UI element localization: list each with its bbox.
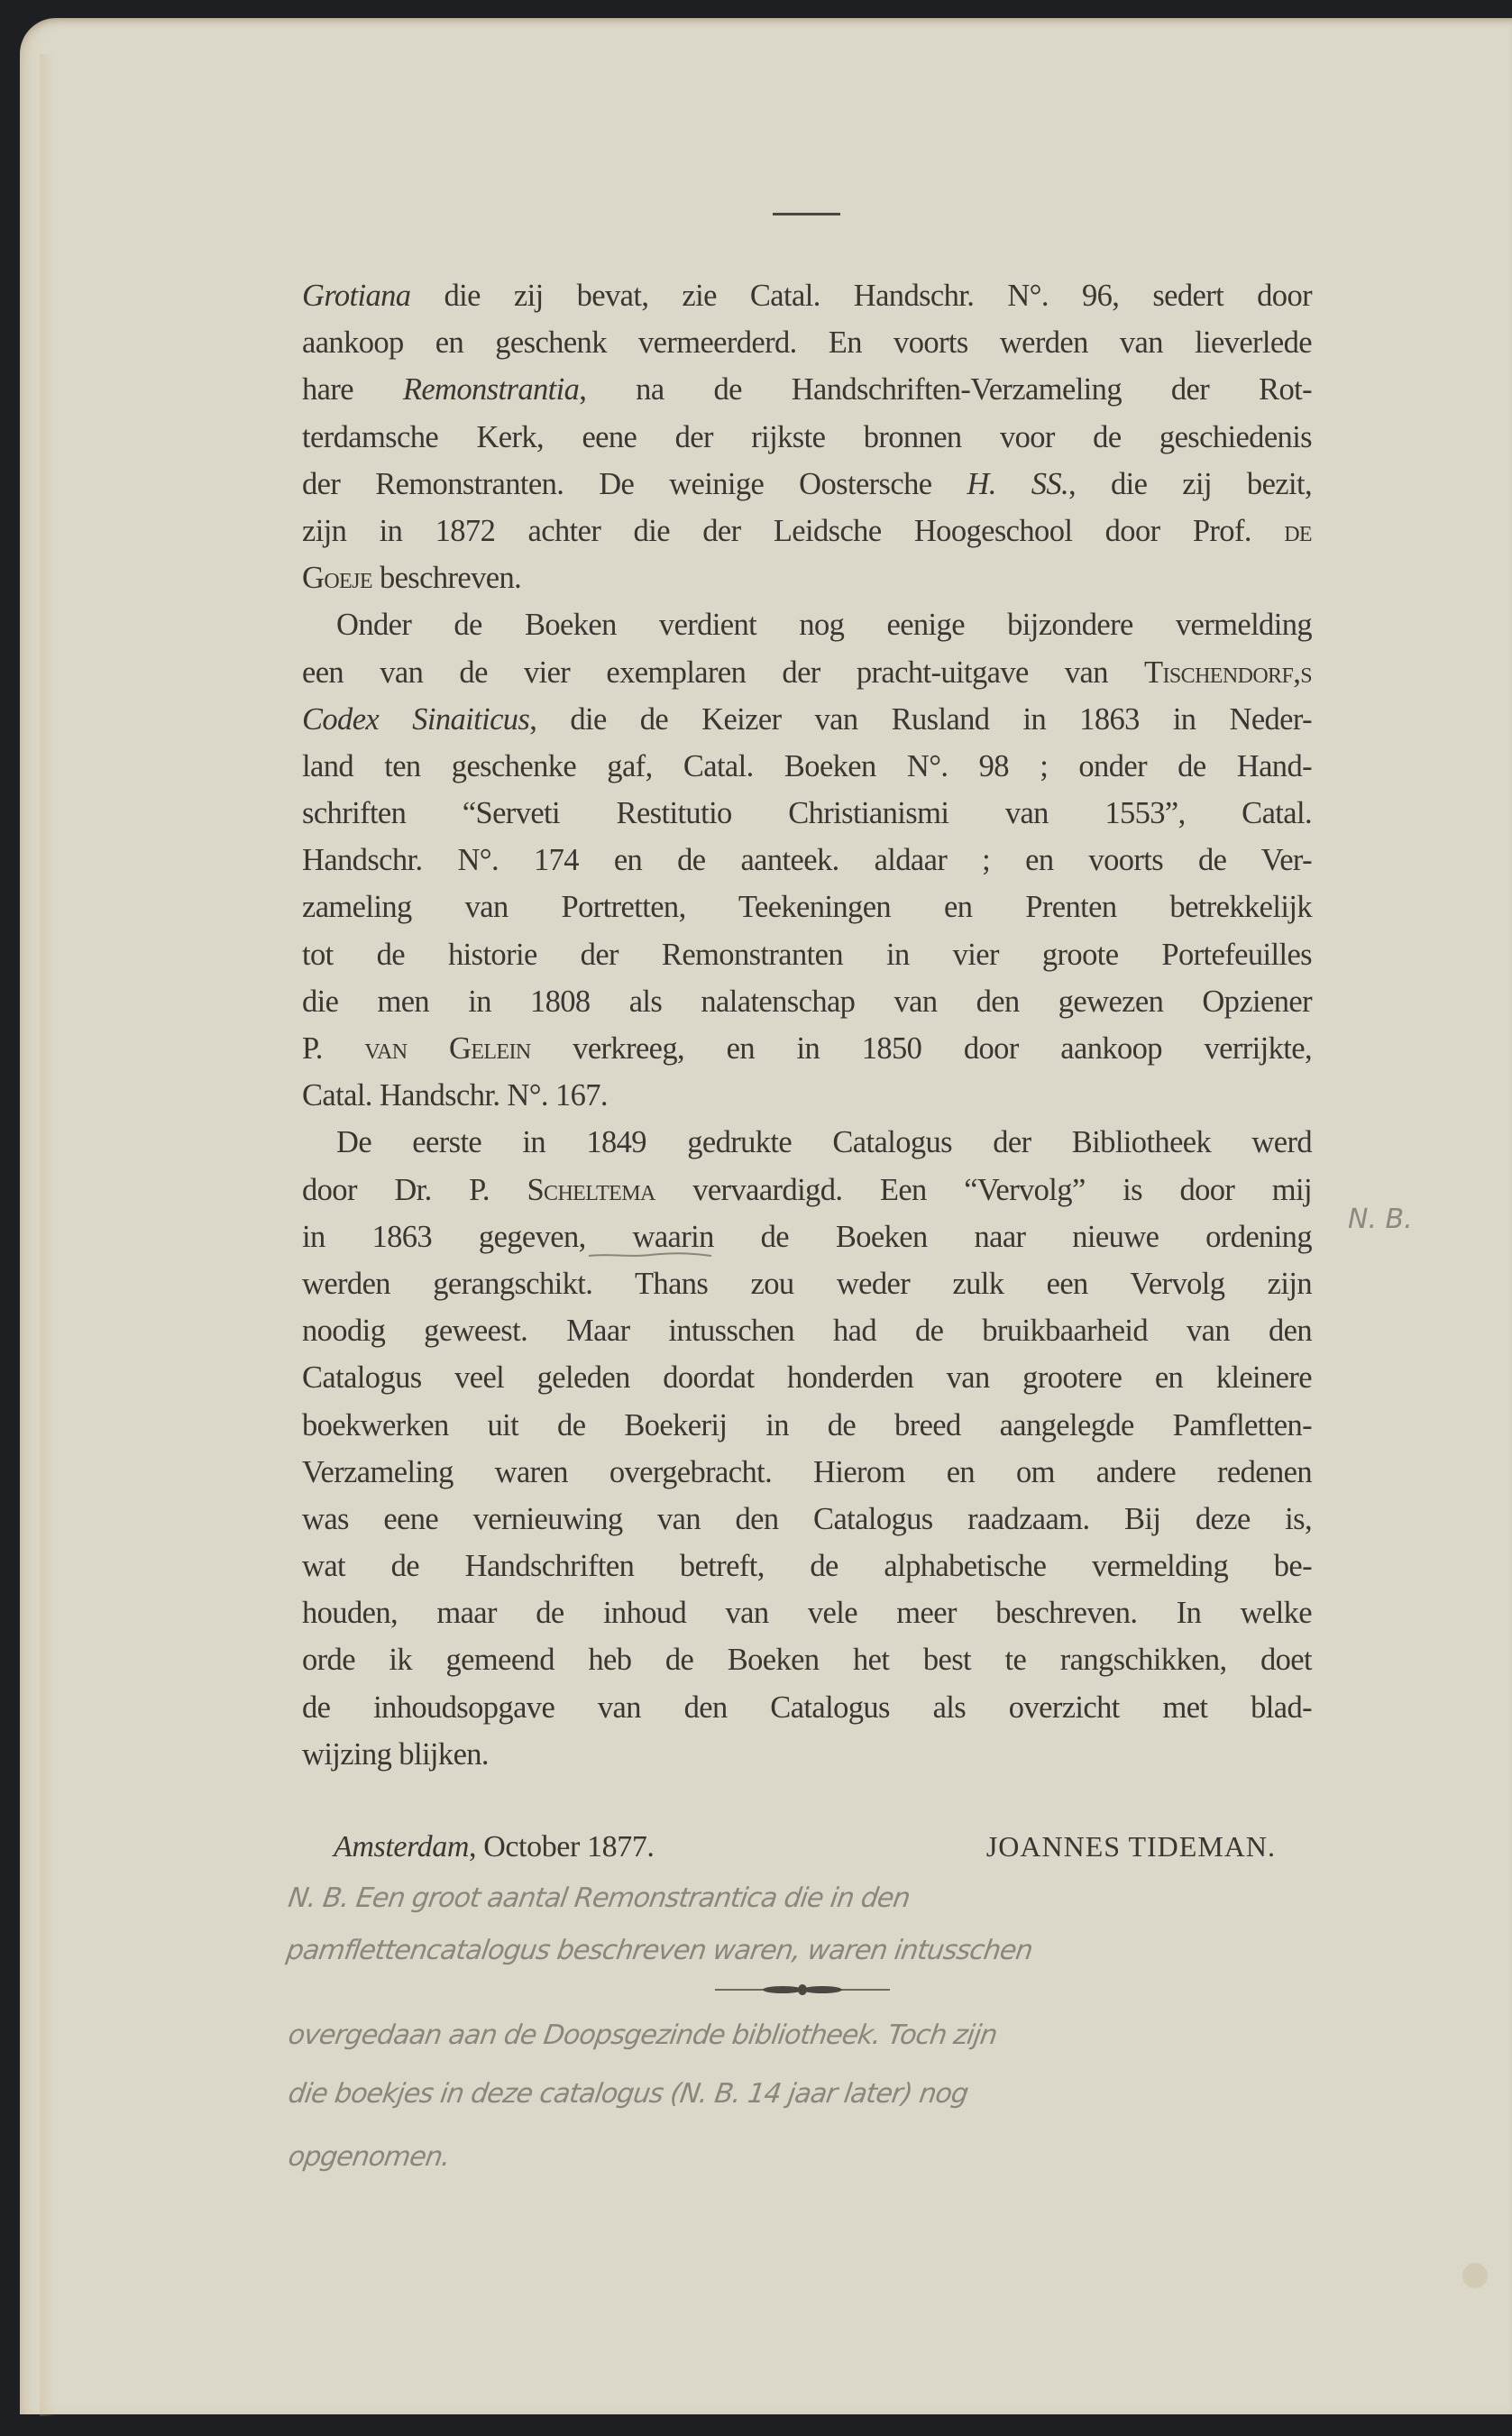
page-edge-shading (40, 54, 56, 2416)
text-line: Goeje beschreven. (302, 554, 1312, 601)
text-line: houden, maar de inhoud van vele meer bes… (302, 1589, 1312, 1636)
text-line: werden gerangschikt. Thans zou weder zul… (302, 1260, 1312, 1307)
signature-place: Amsterdam (334, 1830, 469, 1864)
text-line: Verzameling waren overgebracht. Hierom e… (302, 1449, 1312, 1496)
body-text: Grotiana die zij bevat, zie Catal. Hands… (302, 272, 1312, 1778)
handwritten-note-line-2: pamflettencatalogus beschreven waren, wa… (285, 1935, 1034, 1966)
text-line: terdamsche Kerk, eene der rijkste bronne… (302, 414, 1312, 461)
text-line: De eerste in 1849 gedrukte Catalogus der… (302, 1119, 1312, 1166)
text-line: land ten geschenke gaf, Catal. Boeken N°… (302, 743, 1312, 790)
signature-name: JOANNES TIDEMAN. (986, 1830, 1276, 1864)
top-rule (773, 213, 840, 215)
text-line: Onder de Boeken verdient nog eenige bijz… (302, 601, 1312, 648)
text-line: aankoop en geschenk vermeerderd. En voor… (302, 319, 1312, 366)
text-line: zameling van Portretten, Teekeningen en … (302, 884, 1312, 930)
handwritten-note-line-1: N. B. Een groot aantal Remonstrantica di… (287, 1882, 912, 1914)
text-line: was eene vernieuwing van den Catalogus r… (302, 1496, 1312, 1543)
text-line: tot de historie der Remonstranten in vie… (302, 931, 1312, 978)
handwritten-note-line-4: die boekjes in deze catalogus (N. B. 14 … (287, 2078, 970, 2110)
text-line: door Dr. P. Scheltema vervaardigd. Een “… (302, 1167, 1312, 1213)
text-line: zijn in 1872 achter die der Leidsche Hoo… (302, 508, 1312, 554)
text-line: Handschr. N°. 174 en de aanteek. aldaar … (302, 837, 1312, 884)
signature-place-date: Amsterdam, October 1877. (334, 1830, 655, 1864)
signature-line: Amsterdam, October 1877. JOANNES TIDEMAN… (334, 1830, 1276, 1875)
ornament-divider (715, 1983, 890, 1996)
handwritten-note-line-3: overgedaan aan de Doopsgezinde bibliothe… (287, 2019, 999, 2051)
handwritten-note-line-5: opgenomen. (287, 2141, 452, 2173)
text-line: der Remonstranten. De weinige Oostersche… (302, 461, 1312, 508)
text-line: Catal. Handschr. N°. 167. (302, 1072, 1312, 1119)
paper-stain (1462, 2263, 1488, 2288)
text-line: Grotiana die zij bevat, zie Catal. Hands… (302, 272, 1312, 319)
pencil-underline (587, 1251, 713, 1259)
text-line: Catalogus veel geleden doordat honderden… (302, 1354, 1312, 1401)
text-line: wat de Handschriften betreft, de alphabe… (302, 1543, 1312, 1589)
text-line: hare Remonstrantia, na de Handschriften-… (302, 366, 1312, 413)
text-line: een van de vier exemplaren der pracht-ui… (302, 649, 1312, 696)
text-line: die men in 1808 als nalatenschap van den… (302, 978, 1312, 1025)
text-line: wijzing blijken. (302, 1731, 1312, 1778)
text-line: boekwerken uit de Boekerij in de breed a… (302, 1402, 1312, 1449)
text-line: noodig geweest. Maar intusschen had de b… (302, 1307, 1312, 1354)
text-line: Codex Sinaiticus, die de Keizer van Rusl… (302, 696, 1312, 743)
text-line: P. van Gelein verkreeg, en in 1850 door … (302, 1025, 1312, 1072)
text-line: orde ik gemeend heb de Boeken het best t… (302, 1636, 1312, 1683)
text-line: de inhoudsopgave van den Catalogus als o… (302, 1684, 1312, 1731)
signature-date: , October 1877. (469, 1830, 655, 1864)
text-line: schriften “Serveti Restitutio Christiani… (302, 790, 1312, 837)
text-line: in 1863 gegeven, waarin de Boeken naar n… (302, 1213, 1312, 1260)
margin-note: N. B. (1348, 1204, 1413, 1235)
